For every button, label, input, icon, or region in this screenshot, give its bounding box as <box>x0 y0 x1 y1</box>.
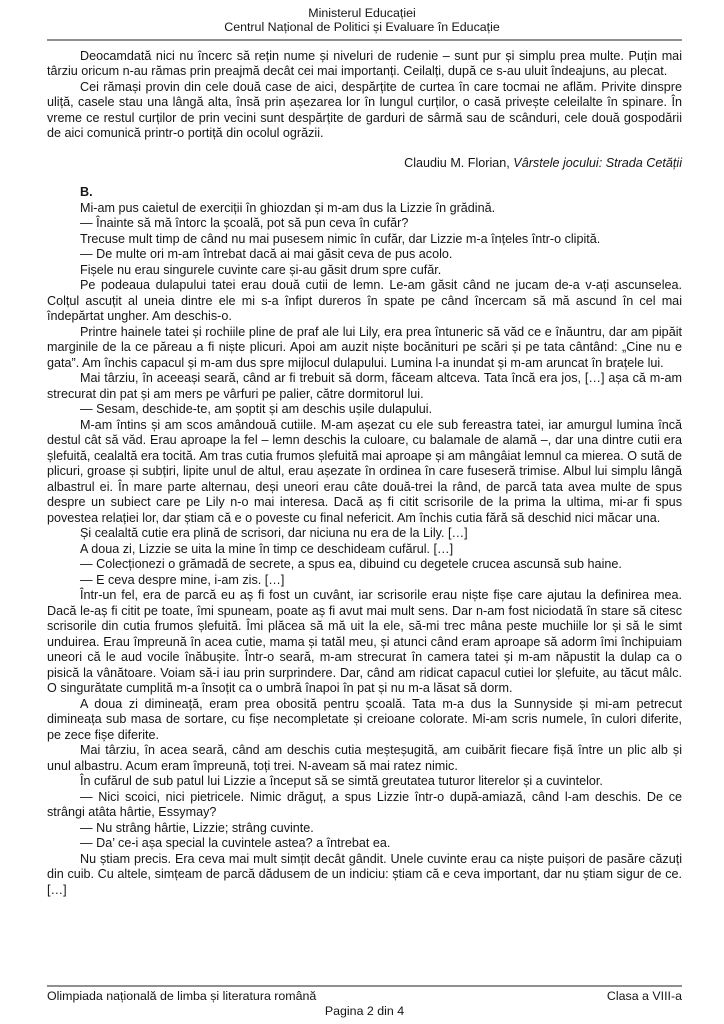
excerpt-b-paragraph: A doua zi dimineață, eram prea obosită p… <box>47 697 682 744</box>
ministry-name: Ministerul Educației <box>0 6 724 20</box>
document-page: Ministerul Educației Centrul Național de… <box>0 0 724 1024</box>
section-b-label: B. <box>47 185 682 201</box>
excerpt-b-paragraph: — Da’ ce-i așa special la cuvintele aste… <box>47 836 682 852</box>
excerpt-b-paragraph: Mai târziu, în aceeași seară, când ar fi… <box>47 371 682 402</box>
excerpt-b-paragraph: Printre hainele tatei și rochiile pline … <box>47 325 682 372</box>
excerpt-b-paragraph: Nu știam precis. Era ceva mai mult simți… <box>47 852 682 899</box>
footer-page-number: Pagina 2 din 4 <box>47 1004 682 1019</box>
footer-competition-name: Olimpiada națională de limba și literatu… <box>47 989 316 1004</box>
excerpt-b-paragraph: — E ceva despre mine, i-am zis. […] <box>47 573 682 589</box>
excerpt-b-paragraph: A doua zi, Lizzie se uita la mine în tim… <box>47 542 682 558</box>
attribution: Claudiu M. Florian, Vârstele jocului: St… <box>47 156 682 172</box>
header-divider <box>47 39 682 41</box>
excerpt-b-paragraph: În cufărul de sub patul lui Lizzie a înc… <box>47 774 682 790</box>
excerpt-b-paragraph: M-am întins și am scos amândouă cutiile.… <box>47 418 682 527</box>
page-header: Ministerul Educației Centrul Național de… <box>0 0 724 35</box>
excerpt-b-paragraph: — Colecționezi o grămadă de secrete, a s… <box>47 557 682 573</box>
excerpt-b-paragraph: Pe podeaua dulapului tatei erau două cut… <box>47 278 682 325</box>
attribution-author: Claudiu M. Florian, <box>404 156 513 170</box>
excerpt-b-paragraph: — De multe ori m-am întrebat dacă ai mai… <box>47 247 682 263</box>
excerpt-b-paragraph: Trecuse mult timp de când nu mai pusesem… <box>47 232 682 248</box>
excerpt-a-paragraph: Cei rămași provin din cele două case de … <box>47 80 682 142</box>
excerpt-b-paragraph: — Nici scoici, nici pietricele. Nimic dr… <box>47 790 682 821</box>
page-footer: Olimpiada națională de limba și literatu… <box>47 985 682 1019</box>
excerpt-b-paragraph: Mi-am pus caietul de exerciții în ghiozd… <box>47 201 682 217</box>
footer-class-label: Clasa a VIII-a <box>607 989 682 1004</box>
attribution-work-title: Vârstele jocului: Strada Cetății <box>513 156 682 170</box>
excerpt-a-paragraph: Deocamdată nici nu încerc să rețin nume … <box>47 49 682 80</box>
excerpt-b-paragraph: Mai târziu, în acea seară, când am desch… <box>47 743 682 774</box>
excerpt-b-paragraph: Fișele nu erau singurele cuvinte care și… <box>47 263 682 279</box>
excerpt-b-paragraph: Și cealaltă cutie era plină de scrisori,… <box>47 526 682 542</box>
document-body: Deocamdată nici nu încerc să rețin nume … <box>47 49 682 899</box>
excerpt-b-paragraph: — Nu strâng hârtie, Lizzie; strâng cuvin… <box>47 821 682 837</box>
center-name: Centrul Național de Politici și Evaluare… <box>0 20 724 34</box>
excerpt-b-paragraph: — Înainte să mă întorc la școală, pot să… <box>47 216 682 232</box>
footer-divider <box>47 985 682 987</box>
excerpt-b-paragraph: — Sesam, deschide-te, am șoptit și am de… <box>47 402 682 418</box>
excerpt-b-paragraph: Într-un fel, era de parcă eu aș fi fost … <box>47 588 682 697</box>
